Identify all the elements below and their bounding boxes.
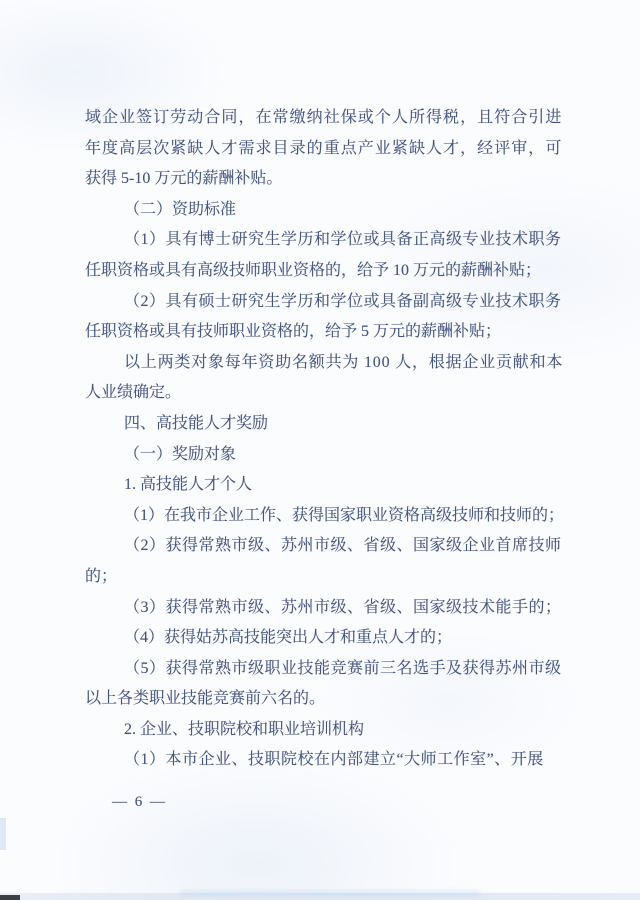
document-body-text: 域企业签订劳动合同，在常缴纳社保或个人所得税，且符合引进 年度高层次紧缺人才需求… <box>85 103 563 776</box>
text-line: （1）在我市企业工作、获得国家职业资格高级技师和技师的； <box>85 501 563 532</box>
scan-edge-glow <box>180 891 480 895</box>
text-line: 年度高层次紧缺人才需求目录的重点产业紧缺人才，经评审，可 <box>85 134 563 165</box>
text-line: （1）具有博士研究生学历和学位或具备正高级专业技术职务 <box>85 225 563 256</box>
text-line: 以上两类对象每年资助名额共为 100 人，根据企业贡献和本 <box>85 348 563 379</box>
text-line: 以上各类职业技能竞赛前六名的。 <box>85 684 563 715</box>
page-number: — 6 — <box>112 792 167 812</box>
text-line: （3）获得常熟市级、苏州市级、省级、国家级技术能手的； <box>85 593 563 624</box>
scan-left-edge-artifact <box>0 818 6 850</box>
section-heading-line: 2. 企业、技职院校和职业培训机构 <box>85 715 563 746</box>
text-line: （2）具有硕士研究生学历和学位或具备副高级专业技术职务 <box>85 287 563 318</box>
text-line: （1）本市企业、技职院校在内部建立“大师工作室”、开展 <box>85 745 563 776</box>
text-line: 人业绩确定。 <box>85 378 563 409</box>
text-line: 的； <box>85 562 563 593</box>
text-line: 域企业签订劳动合同，在常缴纳社保或个人所得税，且符合引进 <box>85 103 563 134</box>
scanned-document-page: { "document": { "lines": [ "域企业签订劳动合同，在常… <box>0 0 640 900</box>
scan-corner-mark <box>0 895 20 900</box>
section-heading-line: （一）奖励对象 <box>85 440 563 471</box>
text-line: （5）获得常熟市级职业技能竞赛前三名选手及获得苏州市级 <box>85 654 563 685</box>
text-line: （2）获得常熟市级、苏州市级、省级、国家级企业首席技师 <box>85 531 563 562</box>
text-line: 获得 5-10 万元的薪酬补贴。 <box>85 164 563 195</box>
section-heading-line: （二）资助标准 <box>85 195 563 226</box>
section-heading-line: 四、高技能人才奖励 <box>85 409 563 440</box>
section-heading-line: 1. 高技能人才个人 <box>85 470 563 501</box>
text-line: 任职资格或具有高级技师职业资格的，给予 10 万元的薪酬补贴； <box>85 256 563 287</box>
text-line: （4）获得姑苏高技能突出人才和重点人才的； <box>85 623 563 654</box>
text-line: 任职资格或具有技师职业资格的，给予 5 万元的薪酬补贴； <box>85 317 563 348</box>
